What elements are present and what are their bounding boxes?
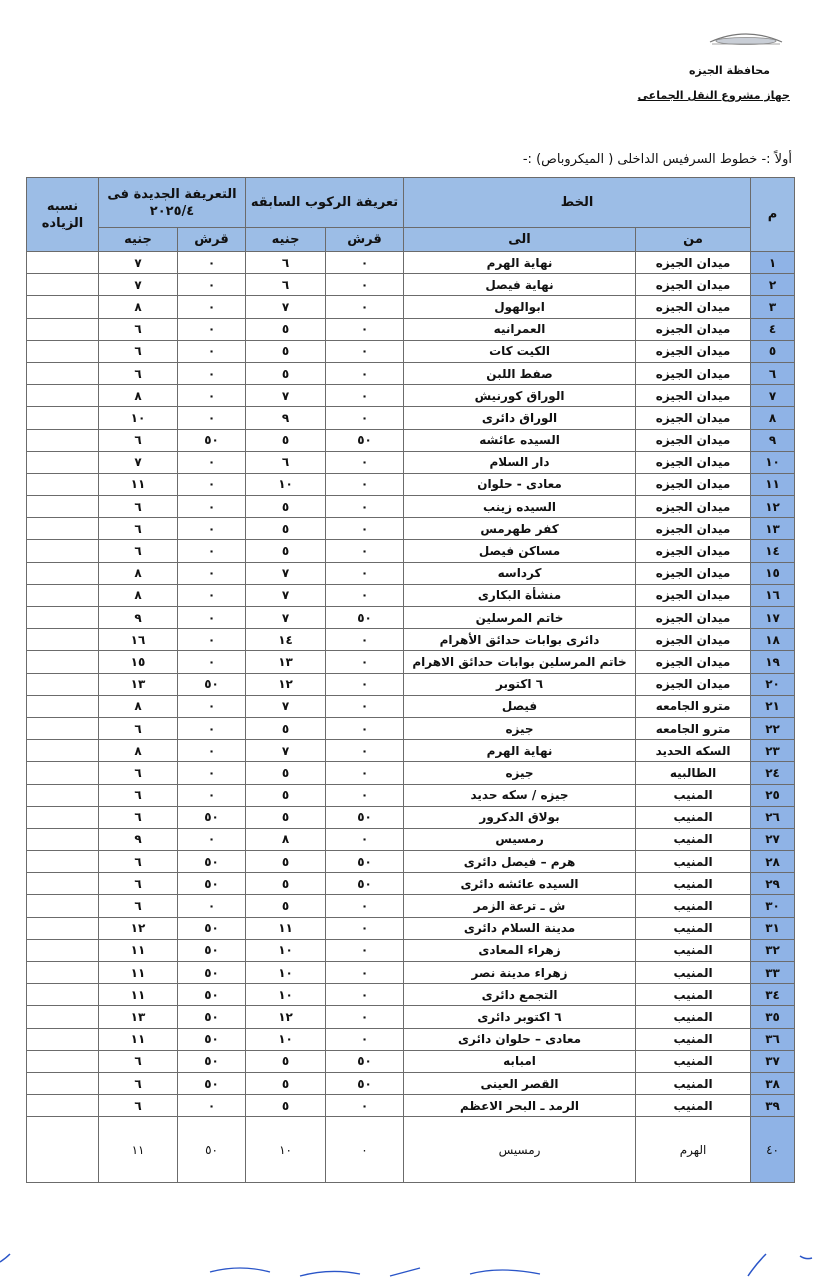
old-fare-pound: ٦ xyxy=(246,252,326,274)
table-row: ٣٨المنيبالقصر العينى٥٠٥٥٠٦ xyxy=(27,1072,795,1094)
to-station: الوراق دائرى xyxy=(404,407,636,429)
row-number: ٨ xyxy=(751,407,795,429)
new-fare-pound: ١٥ xyxy=(99,651,178,673)
old-fare-pound: ٥ xyxy=(246,762,326,784)
old-fare-piaster: ٠ xyxy=(326,362,404,384)
old-fare-pound: ١٠ xyxy=(246,1028,326,1050)
new-fare-piaster: ٥٠ xyxy=(178,1006,246,1028)
to-station: الرمد ـ البحر الاعظم xyxy=(404,1095,636,1117)
new-fare-pound: ١٢ xyxy=(99,917,178,939)
table-row: ٩ميدان الجيزهالسيده عائشه٥٠٥٥٠٦ xyxy=(27,429,795,451)
header-new-pound: جنيه xyxy=(99,228,178,252)
old-fare-pound: ٥ xyxy=(246,717,326,739)
new-fare-piaster: ٥٠ xyxy=(178,851,246,873)
new-fare-pound: ٦ xyxy=(99,851,178,873)
table-row: ١٠ميدان الجيزهدار السلام٠٦٠٧ xyxy=(27,451,795,473)
old-fare-pound: ٩ xyxy=(246,407,326,429)
new-fare-piaster: ٥٠ xyxy=(178,1028,246,1050)
new-fare-pound: ٧ xyxy=(99,451,178,473)
from-station: المنيب xyxy=(636,962,751,984)
new-fare-piaster: ٥٠ xyxy=(178,429,246,451)
row-number: ٥ xyxy=(751,340,795,362)
from-station: مترو الجامعه xyxy=(636,717,751,739)
row-number: ١٧ xyxy=(751,607,795,629)
new-fare-piaster: ٠ xyxy=(178,828,246,850)
increase-percent xyxy=(27,451,99,473)
new-fare-piaster: ٥٠ xyxy=(178,673,246,695)
header-increase: نسبه الزياده xyxy=(27,178,99,252)
new-fare-piaster: ٠ xyxy=(178,496,246,518)
to-station: هرم – فيصل دائرى xyxy=(404,851,636,873)
new-fare-pound: ٦ xyxy=(99,1050,178,1072)
new-fare-pound: ١١ xyxy=(99,1117,178,1183)
old-fare-piaster: ٠ xyxy=(326,318,404,340)
old-fare-pound: ٥ xyxy=(246,806,326,828)
to-station: مدينة السلام دائرى xyxy=(404,917,636,939)
row-number: ٧ xyxy=(751,385,795,407)
increase-percent xyxy=(27,895,99,917)
from-station: ميدان الجيزه xyxy=(636,362,751,384)
increase-percent xyxy=(27,762,99,784)
new-fare-pound: ٦ xyxy=(99,895,178,917)
old-fare-piaster: ٠ xyxy=(326,984,404,1006)
to-station: ابوالهول xyxy=(404,296,636,318)
old-fare-piaster: ٠ xyxy=(326,1095,404,1117)
new-fare-piaster: ٥٠ xyxy=(178,873,246,895)
old-fare-pound: ٥ xyxy=(246,429,326,451)
from-station: ميدان الجيزه xyxy=(636,518,751,540)
table-row: ٢٠ميدان الجيزه٦ اكتوبر٠١٢٥٠١٣ xyxy=(27,673,795,695)
old-fare-pound: ٥ xyxy=(246,851,326,873)
to-station: خاتم المرسلين xyxy=(404,607,636,629)
to-station: بولاق الدكرور xyxy=(404,806,636,828)
old-fare-piaster: ٠ xyxy=(326,451,404,473)
row-number: ١٩ xyxy=(751,651,795,673)
from-station: المنيب xyxy=(636,939,751,961)
increase-percent xyxy=(27,917,99,939)
to-station: جيزه xyxy=(404,762,636,784)
old-fare-piaster: ٠ xyxy=(326,340,404,362)
new-fare-piaster: ٥٠ xyxy=(178,1117,246,1183)
row-number: ٢٧ xyxy=(751,828,795,850)
from-station: ميدان الجيزه xyxy=(636,473,751,495)
new-fare-pound: ١١ xyxy=(99,984,178,1006)
header-to: الى xyxy=(404,228,636,252)
row-number: ٦ xyxy=(751,362,795,384)
header-number: م xyxy=(751,178,795,252)
new-fare-pound: ٦ xyxy=(99,540,178,562)
handwritten-signature xyxy=(0,1250,816,1280)
to-station: زهراء مدينة نصر xyxy=(404,962,636,984)
new-fare-piaster: ٥٠ xyxy=(178,984,246,1006)
from-station: المنيب xyxy=(636,806,751,828)
table-row: ٣٥المنيب٦ اكتوبر دائرى٠١٢٥٠١٣ xyxy=(27,1006,795,1028)
new-fare-pound: ١١ xyxy=(99,1028,178,1050)
from-station: المنيب xyxy=(636,1050,751,1072)
old-fare-pound: ٥ xyxy=(246,1072,326,1094)
new-fare-pound: ٦ xyxy=(99,717,178,739)
from-station: المنيب xyxy=(636,1072,751,1094)
table-row: ٣٢المنيبزهراء المعادى٠١٠٥٠١١ xyxy=(27,939,795,961)
new-fare-pound: ٦ xyxy=(99,340,178,362)
row-number: ١٤ xyxy=(751,540,795,562)
row-number: ١٢ xyxy=(751,496,795,518)
old-fare-pound: ٥ xyxy=(246,496,326,518)
new-fare-piaster: ٠ xyxy=(178,318,246,340)
row-number: ٢٤ xyxy=(751,762,795,784)
row-number: ٣٤ xyxy=(751,984,795,1006)
increase-percent xyxy=(27,562,99,584)
table-row: ٣١المنيبمدينة السلام دائرى٠١١٥٠١٢ xyxy=(27,917,795,939)
row-number: ٣٣ xyxy=(751,962,795,984)
to-station: كرداسه xyxy=(404,562,636,584)
old-fare-pound: ١٤ xyxy=(246,629,326,651)
new-fare-pound: ٨ xyxy=(99,740,178,762)
to-station: ش ـ ترعة الزمر xyxy=(404,895,636,917)
from-station: المنيب xyxy=(636,784,751,806)
increase-percent xyxy=(27,1050,99,1072)
table-row: ٢٣السكه الحديدنهاية الهرم٠٧٠٨ xyxy=(27,740,795,762)
to-station: معادى - حلوان xyxy=(404,473,636,495)
new-fare-pound: ٨ xyxy=(99,584,178,606)
row-number: ١٠ xyxy=(751,451,795,473)
increase-percent xyxy=(27,740,99,762)
row-number: ١١ xyxy=(751,473,795,495)
old-fare-piaster: ٠ xyxy=(326,540,404,562)
new-fare-piaster: ٠ xyxy=(178,695,246,717)
to-station: نهاية الهرم xyxy=(404,740,636,762)
table-row: ١٥ميدان الجيزهكرداسه٠٧٠٨ xyxy=(27,562,795,584)
to-station: السيده عائشه xyxy=(404,429,636,451)
new-fare-piaster: ٠ xyxy=(178,762,246,784)
old-fare-pound: ٧ xyxy=(246,607,326,629)
old-fare-pound: ٥ xyxy=(246,784,326,806)
increase-percent xyxy=(27,496,99,518)
row-number: ١٥ xyxy=(751,562,795,584)
from-station: ميدان الجيزه xyxy=(636,562,751,584)
new-fare-piaster: ٠ xyxy=(178,407,246,429)
logo-emblem-icon xyxy=(706,30,786,46)
old-fare-piaster: ٠ xyxy=(326,695,404,717)
old-fare-piaster: ٠ xyxy=(326,407,404,429)
new-fare-piaster: ٠ xyxy=(178,629,246,651)
old-fare-piaster: ٠ xyxy=(326,473,404,495)
new-fare-pound: ٨ xyxy=(99,695,178,717)
increase-percent xyxy=(27,252,99,274)
table-row: ١١ميدان الجيزهمعادى - حلوان٠١٠٠١١ xyxy=(27,473,795,495)
increase-percent xyxy=(27,1117,99,1183)
from-station: المنيب xyxy=(636,895,751,917)
from-station: المنيب xyxy=(636,1028,751,1050)
old-fare-pound: ١٠ xyxy=(246,473,326,495)
old-fare-piaster: ٠ xyxy=(326,784,404,806)
row-number: ٢٩ xyxy=(751,873,795,895)
old-fare-piaster: ٥٠ xyxy=(326,806,404,828)
table-row: ٤ميدان الجيزهالعمرانيه٠٥٠٦ xyxy=(27,318,795,340)
table-row: ٣٤المنيبالتجمع دائرى٠١٠٥٠١١ xyxy=(27,984,795,1006)
old-fare-pound: ١١ xyxy=(246,917,326,939)
new-fare-piaster: ٠ xyxy=(178,584,246,606)
row-number: ٢٠ xyxy=(751,673,795,695)
new-fare-piaster: ٥٠ xyxy=(178,1050,246,1072)
new-fare-pound: ٦ xyxy=(99,362,178,384)
row-number: ٢٨ xyxy=(751,851,795,873)
governorate-name: محافظة الجيزه xyxy=(689,64,770,77)
row-number: ٢٢ xyxy=(751,717,795,739)
to-station: جيزه xyxy=(404,717,636,739)
new-fare-pound: ٩ xyxy=(99,828,178,850)
fare-table: م الخط تعريفة الركوب السابقه التعريفة ال… xyxy=(26,177,795,1183)
old-fare-piaster: ٠ xyxy=(326,1117,404,1183)
old-fare-pound: ٥ xyxy=(246,895,326,917)
new-fare-pound: ٦ xyxy=(99,762,178,784)
table-row: ٢٨المنيبهرم – فيصل دائرى٥٠٥٥٠٦ xyxy=(27,851,795,873)
new-fare-piaster: ٥٠ xyxy=(178,917,246,939)
new-fare-piaster: ٠ xyxy=(178,340,246,362)
old-fare-pound: ١٢ xyxy=(246,673,326,695)
old-fare-pound: ٥ xyxy=(246,873,326,895)
from-station: مترو الجامعه xyxy=(636,695,751,717)
to-station: السيده زينب xyxy=(404,496,636,518)
increase-percent xyxy=(27,1028,99,1050)
new-fare-piaster: ٥٠ xyxy=(178,962,246,984)
row-number: ٣٥ xyxy=(751,1006,795,1028)
table-row: ١٧ميدان الجيزهخاتم المرسلين٥٠٧٠٩ xyxy=(27,607,795,629)
header-old-pound: جنيه xyxy=(246,228,326,252)
old-fare-pound: ١٠ xyxy=(246,984,326,1006)
table-row: ٣٩المنيبالرمد ـ البحر الاعظم٠٥٠٦ xyxy=(27,1095,795,1117)
old-fare-piaster: ٠ xyxy=(326,828,404,850)
table-row: ٢٥المنيبجيزه / سكه حديد٠٥٠٦ xyxy=(27,784,795,806)
old-fare-piaster: ٥٠ xyxy=(326,1050,404,1072)
from-station: ميدان الجيزه xyxy=(636,540,751,562)
table-row: ١٤ميدان الجيزهمساكن فيصل٠٥٠٦ xyxy=(27,540,795,562)
old-fare-pound: ١٠ xyxy=(246,939,326,961)
old-fare-piaster: ٠ xyxy=(326,717,404,739)
old-fare-piaster: ٠ xyxy=(326,673,404,695)
old-fare-piaster: ٥٠ xyxy=(326,873,404,895)
old-fare-pound: ٦ xyxy=(246,274,326,296)
new-fare-piaster: ٠ xyxy=(178,252,246,274)
old-fare-piaster: ٠ xyxy=(326,584,404,606)
old-fare-piaster: ٠ xyxy=(326,740,404,762)
header-old-piaster: قرش xyxy=(326,228,404,252)
fare-table-body: ١ميدان الجيزهنهاية الهرم٠٦٠٧٢ميدان الجيز… xyxy=(27,252,795,1183)
from-station: ميدان الجيزه xyxy=(636,296,751,318)
new-fare-pound: ١٦ xyxy=(99,629,178,651)
row-number: ١٨ xyxy=(751,629,795,651)
new-fare-pound: ٦ xyxy=(99,1095,178,1117)
header-from: من xyxy=(636,228,751,252)
from-station: ميدان الجيزه xyxy=(636,629,751,651)
increase-percent xyxy=(27,362,99,384)
new-fare-pound: ٦ xyxy=(99,784,178,806)
old-fare-piaster: ٠ xyxy=(326,252,404,274)
to-station: التجمع دائرى xyxy=(404,984,636,1006)
old-fare-piaster: ٠ xyxy=(326,385,404,407)
row-number: ٣٢ xyxy=(751,939,795,961)
increase-percent xyxy=(27,784,99,806)
increase-percent xyxy=(27,518,99,540)
new-fare-piaster: ٠ xyxy=(178,895,246,917)
from-station: المنيب xyxy=(636,1006,751,1028)
from-station: ميدان الجيزه xyxy=(636,607,751,629)
from-station: ميدان الجيزه xyxy=(636,496,751,518)
to-station: رمسيس xyxy=(404,1117,636,1183)
old-fare-pound: ٥ xyxy=(246,362,326,384)
new-fare-pound: ٨ xyxy=(99,562,178,584)
old-fare-pound: ١٣ xyxy=(246,651,326,673)
old-fare-pound: ٧ xyxy=(246,584,326,606)
new-fare-pound: ٦ xyxy=(99,1072,178,1094)
new-fare-piaster: ٠ xyxy=(178,296,246,318)
row-number: ١ xyxy=(751,252,795,274)
from-station: ميدان الجيزه xyxy=(636,451,751,473)
new-fare-pound: ٨ xyxy=(99,296,178,318)
old-fare-pound: ١٢ xyxy=(246,1006,326,1028)
new-fare-pound: ١٣ xyxy=(99,673,178,695)
to-station: الوراق كورنيش xyxy=(404,385,636,407)
from-station: المنيب xyxy=(636,984,751,1006)
table-row: ١٣ميدان الجيزهكفر طهرمس٠٥٠٦ xyxy=(27,518,795,540)
new-fare-pound: ١٣ xyxy=(99,1006,178,1028)
new-fare-piaster: ٠ xyxy=(178,1095,246,1117)
table-row: ٦ميدان الجيزهصفط اللبن٠٥٠٦ xyxy=(27,362,795,384)
increase-percent xyxy=(27,540,99,562)
from-station: ميدان الجيزه xyxy=(636,673,751,695)
increase-percent xyxy=(27,607,99,629)
from-station: المنيب xyxy=(636,917,751,939)
row-number: ٢٦ xyxy=(751,806,795,828)
table-row: ١٩ميدان الجيزهخاتم المرسلين بوابات حدائق… xyxy=(27,651,795,673)
new-fare-piaster: ٥٠ xyxy=(178,939,246,961)
to-station: العمرانيه xyxy=(404,318,636,340)
table-row: ٢١مترو الجامعهفيصل٠٧٠٨ xyxy=(27,695,795,717)
old-fare-piaster: ٠ xyxy=(326,518,404,540)
table-row: ٢ميدان الجيزهنهاية فيصل٠٦٠٧ xyxy=(27,274,795,296)
old-fare-piaster: ٠ xyxy=(326,562,404,584)
row-number: ٣٩ xyxy=(751,1095,795,1117)
row-number: ٢٣ xyxy=(751,740,795,762)
old-fare-pound: ٥ xyxy=(246,340,326,362)
old-fare-piaster: ٥٠ xyxy=(326,1072,404,1094)
to-station: معادى – حلوان دائرى xyxy=(404,1028,636,1050)
table-row: ٢٩المنيبالسيده عائشه دائرى٥٠٥٥٠٦ xyxy=(27,873,795,895)
increase-percent xyxy=(27,1072,99,1094)
from-station: المنيب xyxy=(636,828,751,850)
from-station: ميدان الجيزه xyxy=(636,407,751,429)
to-station: نهاية الهرم xyxy=(404,252,636,274)
from-station: ميدان الجيزه xyxy=(636,274,751,296)
old-fare-piaster: ٠ xyxy=(326,1006,404,1028)
increase-percent xyxy=(27,939,99,961)
from-station: السكه الحديد xyxy=(636,740,751,762)
row-number: ٣٨ xyxy=(751,1072,795,1094)
table-row: ٢٧المنيبرمسيس٠٨٠٩ xyxy=(27,828,795,850)
row-number: ١٦ xyxy=(751,584,795,606)
new-fare-pound: ١١ xyxy=(99,962,178,984)
new-fare-pound: ١١ xyxy=(99,939,178,961)
increase-percent xyxy=(27,1006,99,1028)
increase-percent xyxy=(27,828,99,850)
new-fare-piaster: ٥٠ xyxy=(178,1072,246,1094)
header-line: الخط xyxy=(404,178,751,228)
increase-percent xyxy=(27,274,99,296)
new-fare-pound: ٦ xyxy=(99,873,178,895)
new-fare-piaster: ٠ xyxy=(178,274,246,296)
old-fare-pound: ٧ xyxy=(246,296,326,318)
increase-percent xyxy=(27,806,99,828)
increase-percent xyxy=(27,717,99,739)
old-fare-piaster: ٠ xyxy=(326,762,404,784)
old-fare-piaster: ٠ xyxy=(326,274,404,296)
from-station: ميدان الجيزه xyxy=(636,429,751,451)
row-number: ٤ xyxy=(751,318,795,340)
old-fare-pound: ٥ xyxy=(246,518,326,540)
old-fare-pound: ٥ xyxy=(246,318,326,340)
header-new-fare: التعريفة الجديدة فى ٢٠٢٥/٤ xyxy=(99,178,246,228)
new-fare-pound: ١٠ xyxy=(99,407,178,429)
from-station: الهرم xyxy=(636,1117,751,1183)
increase-percent xyxy=(27,651,99,673)
row-number: ٣٧ xyxy=(751,1050,795,1072)
to-station: فيصل xyxy=(404,695,636,717)
to-station: ٦ اكتوبر دائرى xyxy=(404,1006,636,1028)
row-number: ٣ xyxy=(751,296,795,318)
increase-percent xyxy=(27,385,99,407)
header-new-piaster: قرش xyxy=(178,228,246,252)
authority-name: جهاز مشروع النقل الجماعى xyxy=(638,89,790,102)
increase-percent xyxy=(27,984,99,1006)
from-station: ميدان الجيزه xyxy=(636,385,751,407)
new-fare-piaster: ٠ xyxy=(178,518,246,540)
increase-percent xyxy=(27,429,99,451)
to-station: دار السلام xyxy=(404,451,636,473)
old-fare-pound: ٦ xyxy=(246,451,326,473)
increase-percent xyxy=(27,695,99,717)
from-station: المنيب xyxy=(636,1095,751,1117)
from-station: ميدان الجيزه xyxy=(636,318,751,340)
new-fare-pound: ٦ xyxy=(99,518,178,540)
to-station: جيزه / سكه حديد xyxy=(404,784,636,806)
to-station: السيده عائشه دائرى xyxy=(404,873,636,895)
new-fare-piaster: ٠ xyxy=(178,717,246,739)
to-station: دائرى بوابات حدائق الأهرام xyxy=(404,629,636,651)
old-fare-piaster: ٠ xyxy=(326,895,404,917)
new-fare-pound: ٧ xyxy=(99,252,178,274)
old-fare-piaster: ٠ xyxy=(326,629,404,651)
row-number: ٩ xyxy=(751,429,795,451)
new-fare-piaster: ٠ xyxy=(178,540,246,562)
from-station: ميدان الجيزه xyxy=(636,651,751,673)
new-fare-piaster: ٠ xyxy=(178,607,246,629)
section-title: أولاً :- خطوط السرفيس الداخلى ( الميكروب… xyxy=(523,152,792,167)
from-station: المنيب xyxy=(636,851,751,873)
new-fare-pound: ٨ xyxy=(99,385,178,407)
increase-percent xyxy=(27,296,99,318)
old-fare-pound: ٥ xyxy=(246,1095,326,1117)
table-row: ٢٤الطالبيهجيزه٠٥٠٦ xyxy=(27,762,795,784)
to-station: نهاية فيصل xyxy=(404,274,636,296)
increase-percent xyxy=(27,962,99,984)
new-fare-pound: ١١ xyxy=(99,473,178,495)
new-fare-pound: ٦ xyxy=(99,429,178,451)
to-station: صفط اللبن xyxy=(404,362,636,384)
to-station: مساكن فيصل xyxy=(404,540,636,562)
old-fare-pound: ٥ xyxy=(246,1050,326,1072)
new-fare-piaster: ٠ xyxy=(178,740,246,762)
new-fare-piaster: ٠ xyxy=(178,562,246,584)
